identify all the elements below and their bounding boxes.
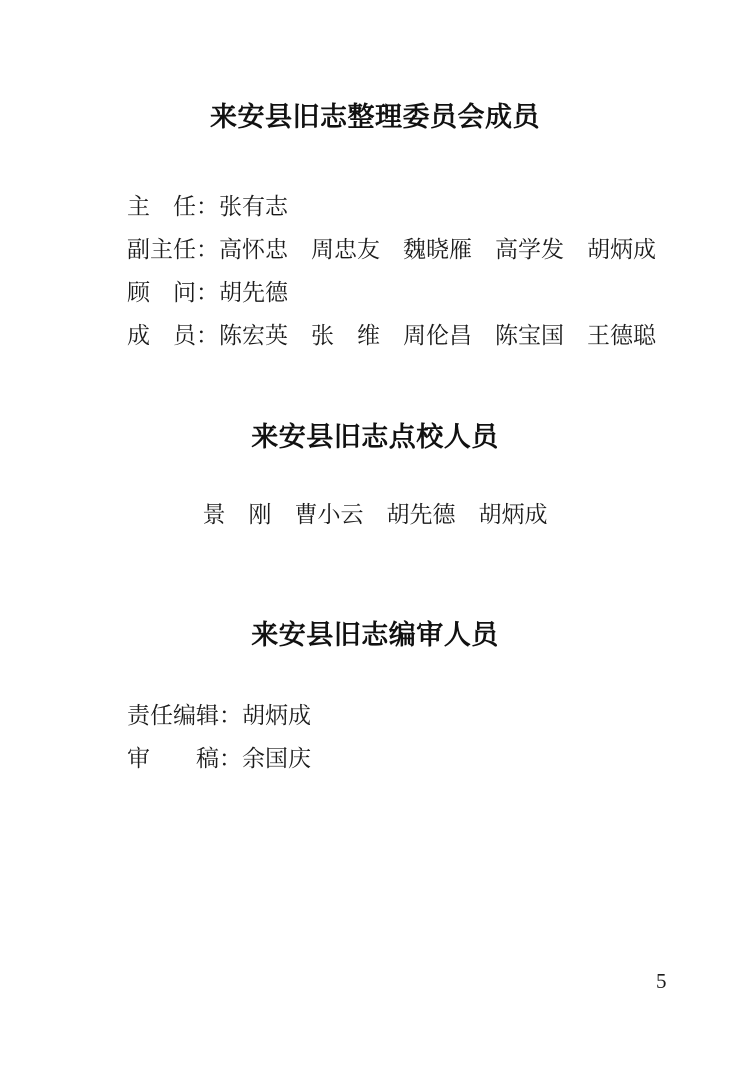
proofreaders-section-title: 来安县旧志点校人员 [0, 421, 750, 453]
roster-label: 审 稿： [127, 746, 242, 771]
roster-names: 张有志 [219, 194, 288, 219]
roster-label: 责任编辑： [127, 703, 242, 728]
editors-roster: 责任编辑：胡炳成 审 稿：余国庆 [0, 694, 750, 780]
document-page: 来安县旧志整理委员会成员 主 任：张有志 副主任：高怀忠 周忠友 魏晓雁 高学发… [0, 0, 750, 1088]
roster-label: 主 任： [127, 194, 219, 219]
roster-names: 胡先德 [219, 280, 288, 305]
roster-row-adviser: 顾 问：胡先德 [127, 271, 750, 314]
roster-label: 副主任： [127, 237, 219, 262]
roster-row-manuscript-reviewer: 审 稿：余国庆 [127, 737, 750, 780]
committee-roster: 主 任：张有志 副主任：高怀忠 周忠友 魏晓雁 高学发 胡炳成 顾 问：胡先德 … [0, 185, 750, 357]
roster-row-responsible-editor: 责任编辑：胡炳成 [127, 694, 750, 737]
roster-label: 顾 问： [127, 280, 219, 305]
roster-row-director: 主 任：张有志 [127, 185, 750, 228]
roster-names: 高怀忠 周忠友 魏晓雁 高学发 胡炳成 [219, 237, 656, 262]
roster-names: 陈宏英 张 维 周伦昌 陈宝国 王德聪 [219, 323, 656, 348]
proofreaders-names-line: 景 刚 曹小云 胡先德 胡炳成 [0, 500, 750, 530]
page-number: 5 [656, 969, 667, 993]
roster-label: 成 员： [127, 323, 219, 348]
roster-row-members: 成 员：陈宏英 张 维 周伦昌 陈宝国 王德聪 [127, 314, 750, 357]
roster-names: 余国庆 [242, 746, 311, 771]
committee-section-title: 来安县旧志整理委员会成员 [0, 101, 750, 133]
roster-names: 胡炳成 [242, 703, 311, 728]
editors-section-title: 来安县旧志编审人员 [0, 619, 750, 651]
roster-row-deputy-directors: 副主任：高怀忠 周忠友 魏晓雁 高学发 胡炳成 [127, 228, 750, 271]
